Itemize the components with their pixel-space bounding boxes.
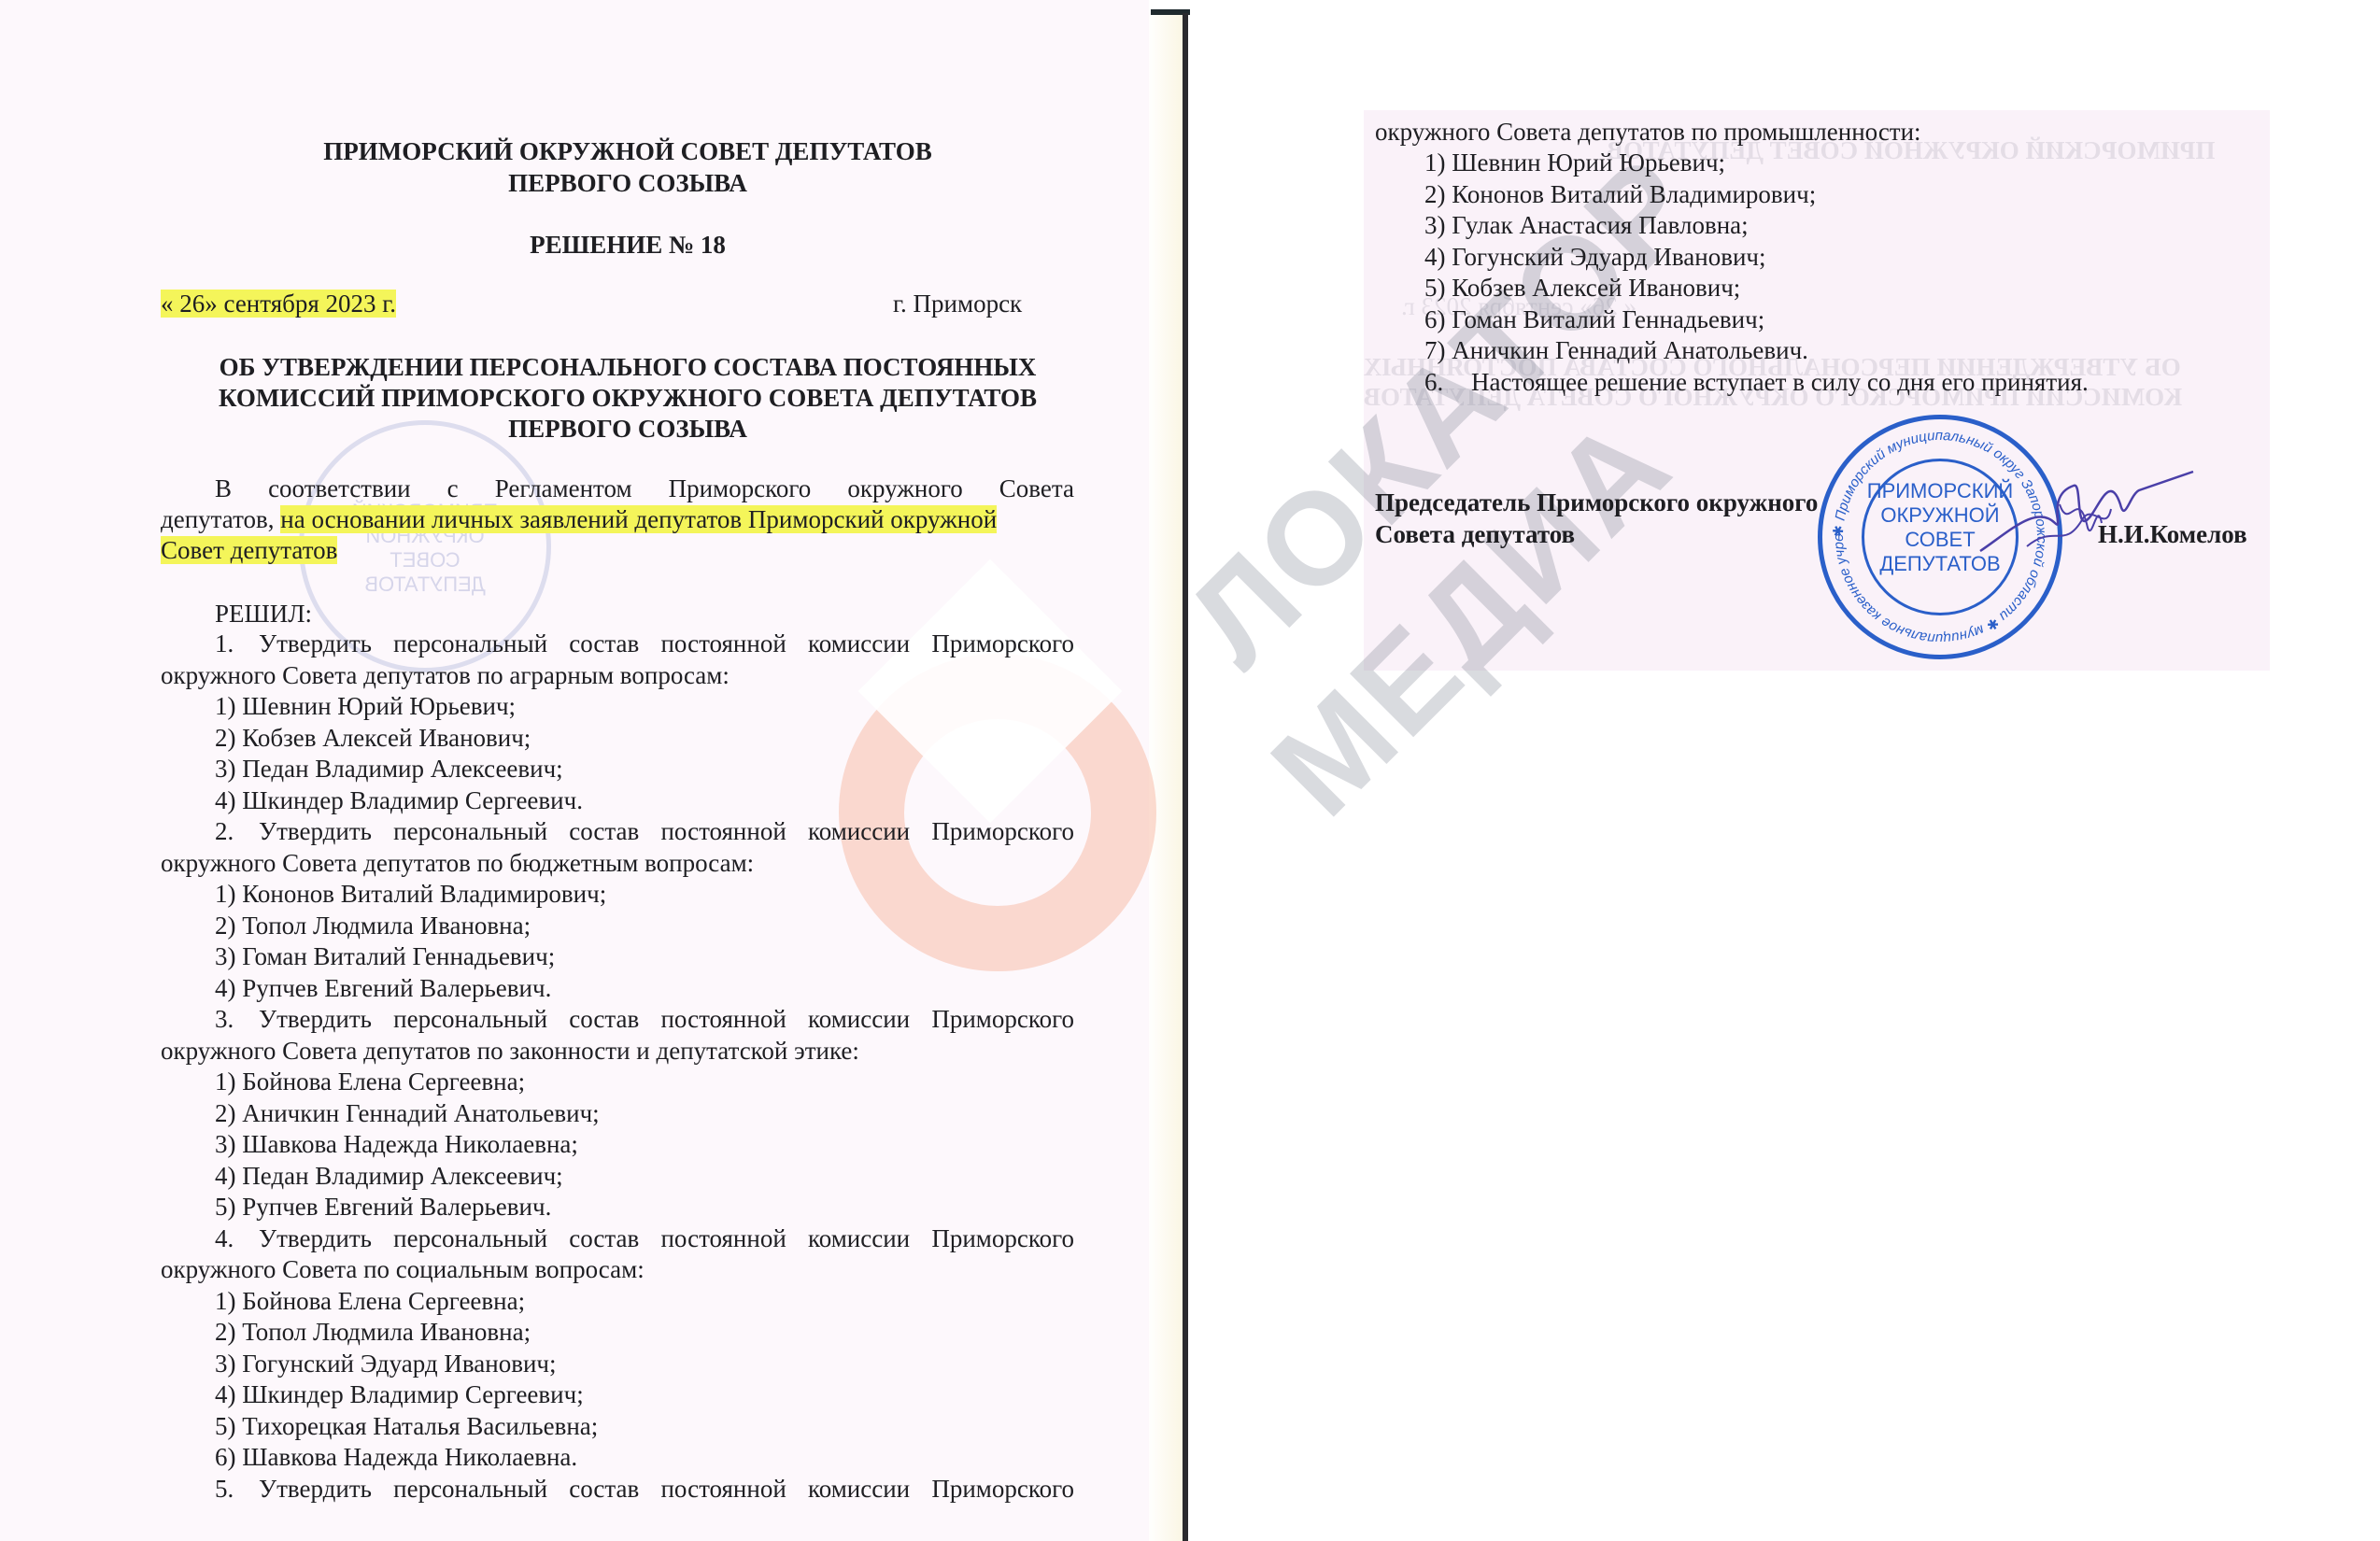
faded-stamp-line: СОВЕТ bbox=[304, 548, 546, 573]
preamble-text: депутатов, bbox=[161, 505, 275, 533]
preamble-highlight: Совет депутатов bbox=[161, 536, 337, 564]
decision-title: РЕШЕНИЕ № 18 bbox=[161, 230, 1095, 260]
member-list-item: 4) Рупчев Евгений Валерьевич. bbox=[215, 973, 551, 1003]
item-number: 5. bbox=[215, 1474, 234, 1504]
member-list-item: 6) Гоман Виталий Геннадьевич; bbox=[1424, 304, 1764, 334]
member-list-item: 5) Тихорецкая Наталья Васильевна; bbox=[215, 1411, 598, 1441]
member-list-item: 2) Кобзев Алексей Иванович; bbox=[215, 723, 531, 753]
subject-heading: КОМИССИЙ ПРИМОРСКОГО ОКРУЖНОГО СОВЕТА ДЕ… bbox=[161, 383, 1095, 413]
item6-number: 6. bbox=[1424, 367, 1443, 397]
item-number: 1. bbox=[215, 629, 234, 658]
member-list-item: 5) Кобзев Алексей Иванович; bbox=[1424, 273, 1740, 303]
member-list-item: 4) Педан Владимир Алексеевич; bbox=[215, 1161, 563, 1191]
signatory-title: Председатель Приморского окружного bbox=[1375, 488, 1818, 517]
item-number: 3. bbox=[215, 1004, 234, 1034]
member-list-item: 2) Топол Людмила Ивановна; bbox=[215, 911, 531, 940]
subject-heading: ПЕРВОГО СОЗЫВА bbox=[161, 414, 1095, 444]
continuation-line: окружного Совета депутатов по промышленн… bbox=[1375, 117, 1921, 147]
item-number: 4. bbox=[215, 1223, 234, 1253]
page-divider bbox=[1183, 13, 1188, 1541]
preamble-line: В соответствии с Регламентом Приморского… bbox=[215, 474, 1074, 503]
member-list-item: 5) Рупчев Евгений Валерьевич. bbox=[215, 1192, 551, 1222]
item-text: Утвердить персональный состав постоянной… bbox=[259, 1223, 1074, 1253]
member-list-item: 1) Шевнин Юрий Юрьевич; bbox=[215, 691, 516, 721]
decision-date: « 26» сентября 2023 г. bbox=[161, 289, 396, 318]
preamble-highlight: на основании личных заявлений депутатов … bbox=[280, 505, 997, 533]
member-list-item: 3) Гоман Виталий Геннадьевич; bbox=[215, 941, 555, 971]
member-list-item: 3) Гогунский Эдуард Иванович; bbox=[215, 1349, 557, 1378]
item-text: окружного Совета депутатов по бюджетным … bbox=[161, 848, 754, 878]
preamble-line: депутатов, на основании личных заявлений… bbox=[161, 504, 1074, 534]
member-list-item: 3) Гулак Анастасия Павловна; bbox=[1424, 210, 1749, 240]
member-list-item: 2) Кононов Виталий Владимирович; bbox=[1424, 179, 1816, 209]
resolved-label: РЕШИЛ: bbox=[215, 599, 312, 629]
member-list-item: 1) Бойнова Елена Сергеевна; bbox=[215, 1286, 525, 1316]
item-text: окружного Совета по социальным вопросам: bbox=[161, 1254, 645, 1284]
council-title: ПРИМОРСКИЙ ОКРУЖНОЙ СОВЕТ ДЕПУТАТОВ bbox=[161, 136, 1095, 166]
faded-stamp-line: ДЕПУТАТОВ bbox=[304, 573, 546, 597]
member-list-item: 4) Шкиндер Владимир Сергеевич. bbox=[215, 785, 583, 815]
signature bbox=[1971, 467, 2195, 570]
member-list-item: 1) Кононов Виталий Владимирович; bbox=[215, 879, 606, 909]
member-list-item: 6) Шавкова Надежда Николаевна. bbox=[215, 1442, 577, 1472]
council-convocation: ПЕРВОГО СОЗЫВА bbox=[161, 168, 1095, 198]
decision-city: г. Приморск bbox=[893, 289, 1022, 318]
member-list-item: 4) Шкиндер Владимир Сергеевич; bbox=[215, 1379, 584, 1409]
item-text: Утвердить персональный состав постоянной… bbox=[259, 1004, 1074, 1034]
preamble-line: Совет депутатов bbox=[161, 535, 337, 565]
signatory-title: Совета депутатов bbox=[1375, 519, 1575, 549]
member-list-item: 4) Гогунский Эдуард Иванович; bbox=[1424, 242, 1766, 272]
item6-text: Настоящее решение вступает в силу со дня… bbox=[1471, 367, 2089, 397]
item-number: 2. bbox=[215, 816, 234, 846]
member-list-item: 1) Бойнова Елена Сергеевна; bbox=[215, 1067, 525, 1096]
item-text: Утвердить персональный состав постоянной… bbox=[259, 816, 1074, 846]
date-highlight: « 26» сентября 2023 г. bbox=[161, 290, 396, 318]
member-list-item: 7) Аничкин Геннадий Анатольевич. bbox=[1424, 335, 1808, 365]
member-list-item: 2) Аничкин Геннадий Анатольевич; bbox=[215, 1098, 600, 1128]
member-list-item: 2) Топол Людмила Ивановна; bbox=[215, 1317, 531, 1347]
item-text: окружного Совета депутатов по законности… bbox=[161, 1036, 859, 1066]
subject-heading: ОБ УТВЕРЖДЕНИИ ПЕРСОНАЛЬНОГО СОСТАВА ПОС… bbox=[161, 352, 1095, 382]
item-text: Утвердить персональный состав постоянной… bbox=[259, 1474, 1074, 1504]
member-list-item: 3) Шавкова Надежда Николаевна; bbox=[215, 1129, 578, 1159]
item-text: Утвердить персональный состав постоянной… bbox=[259, 629, 1074, 658]
member-list-item: 3) Педан Владимир Алексеевич; bbox=[215, 754, 563, 784]
member-list-item: 1) Шевнин Юрий Юрьевич; bbox=[1424, 148, 1725, 177]
item-text: окружного Совета депутатов по аграрным в… bbox=[161, 660, 730, 690]
